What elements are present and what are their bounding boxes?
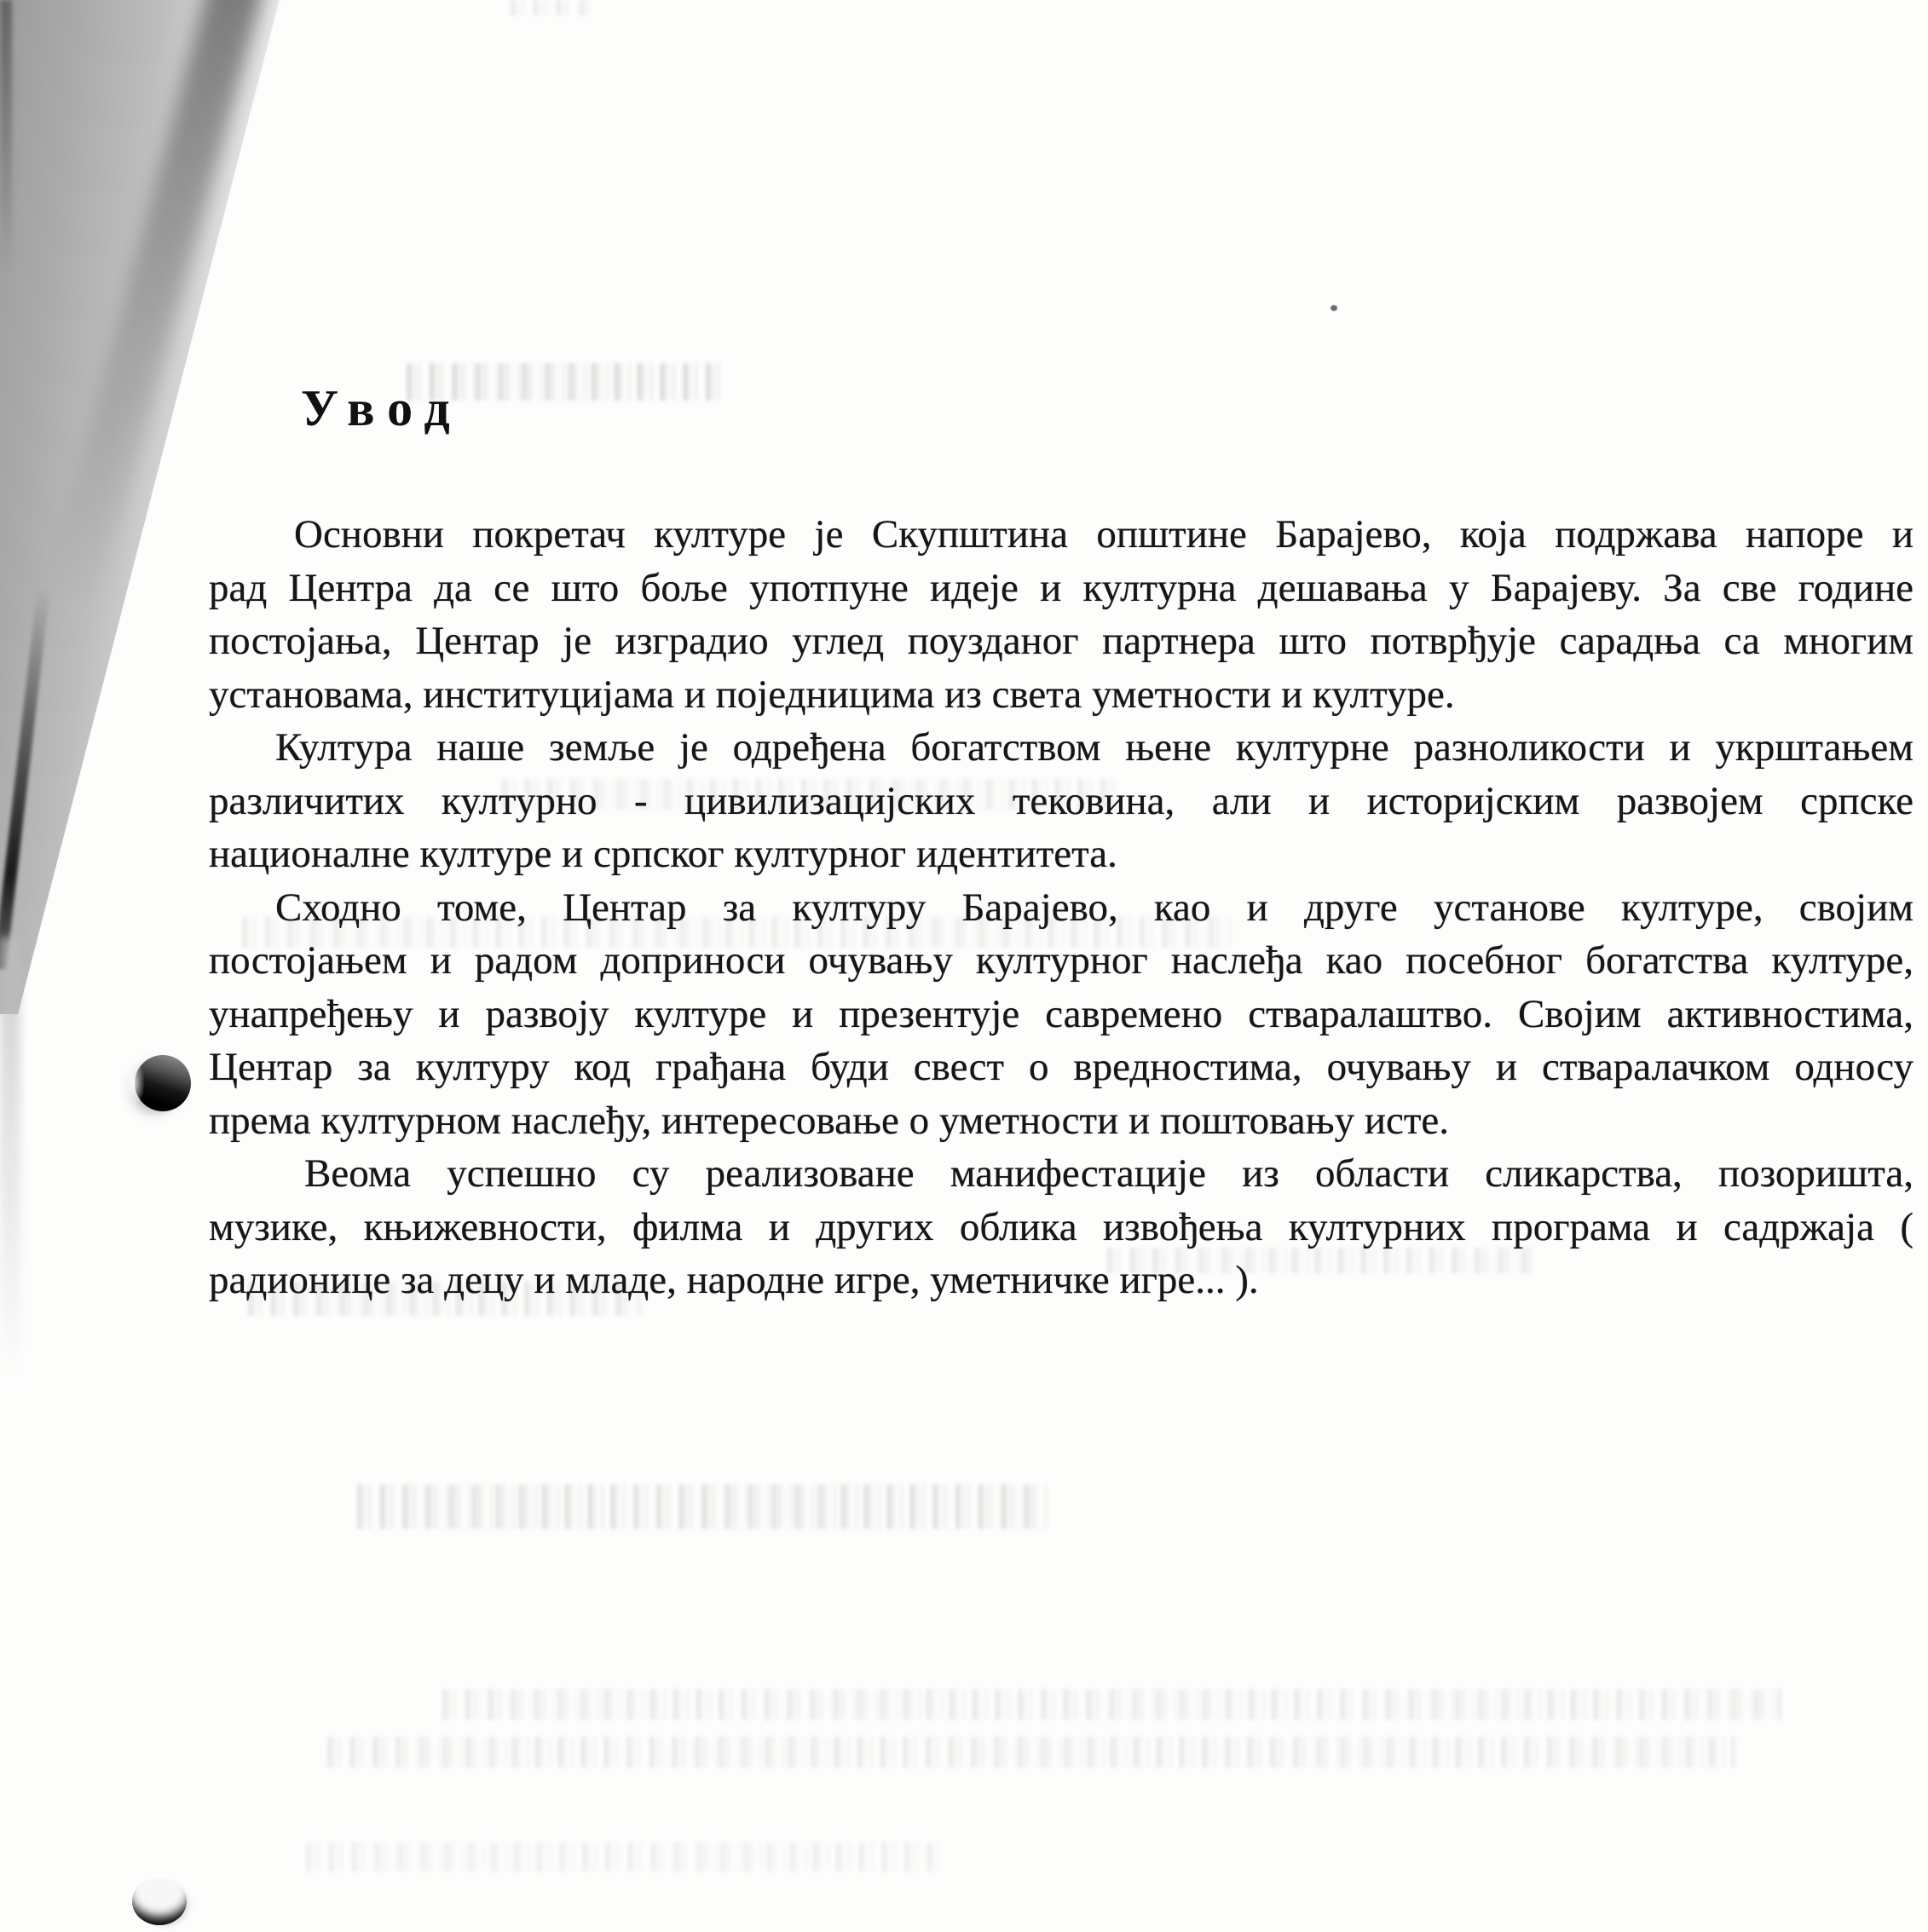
text-line: националне културе и српског културног и… xyxy=(209,828,1914,881)
paragraph: Основни покретач културе је Скупштина оп… xyxy=(209,508,1914,721)
text-line: Центар за културу код грађана буди свест… xyxy=(209,1041,1914,1094)
scanned-document-page: Увод Основни покретач културе је Скупшти… xyxy=(0,0,1928,1932)
text-line: различитих културно - цивилизацијских те… xyxy=(209,775,1914,828)
text-line: постојањем и радом доприноси очувању кул… xyxy=(209,934,1914,988)
paragraph: Сходно томе, Центар за културу Барајево,… xyxy=(209,881,1914,1148)
ghost-text-artifact xyxy=(307,1843,938,1871)
text-line: унапређењу и развоју културе и презентуј… xyxy=(209,988,1914,1041)
punch-hole-top xyxy=(135,1055,191,1111)
ghost-heading-artifact xyxy=(358,1485,1048,1529)
text-line: Култура наше земље је одређена богатство… xyxy=(209,721,1914,775)
page-edge-shading-artifact xyxy=(0,937,20,1381)
text-line: музике, књижевности, филма и других обли… xyxy=(209,1201,1914,1254)
ghost-text-artifact xyxy=(328,1737,1735,1768)
paragraph: Култура наше земље је одређена богатство… xyxy=(209,721,1914,881)
text-line: Сходно томе, Центар за културу Барајево,… xyxy=(209,881,1914,935)
document-body: Основни покретач културе је Скупштина оп… xyxy=(209,508,1914,1307)
page-title: Увод xyxy=(301,382,463,435)
ink-dot-artifact xyxy=(1331,305,1337,311)
text-line: рад Центра да се што боље употпуне идеје… xyxy=(209,562,1914,615)
text-line: Веома успешно су реализоване манифестаци… xyxy=(209,1147,1914,1201)
text-line: према културном наслеђу, интересовање о … xyxy=(209,1094,1914,1148)
text-line: радионице за децу и младе, народне игре,… xyxy=(209,1254,1914,1307)
text-line: Основни покретач културе је Скупштина оп… xyxy=(209,508,1914,562)
ghost-text-artifact xyxy=(511,0,590,15)
paragraph: Веома успешно су реализоване манифестаци… xyxy=(209,1147,1914,1307)
text-line: установама, институцијама и поједницима … xyxy=(209,668,1914,722)
text-line: постојања, Центар је изградио углед поуз… xyxy=(209,614,1914,668)
page-edge-shadow-artifact xyxy=(0,0,12,273)
punch-hole-bottom xyxy=(132,1877,187,1925)
ghost-text-artifact xyxy=(443,1689,1781,1720)
